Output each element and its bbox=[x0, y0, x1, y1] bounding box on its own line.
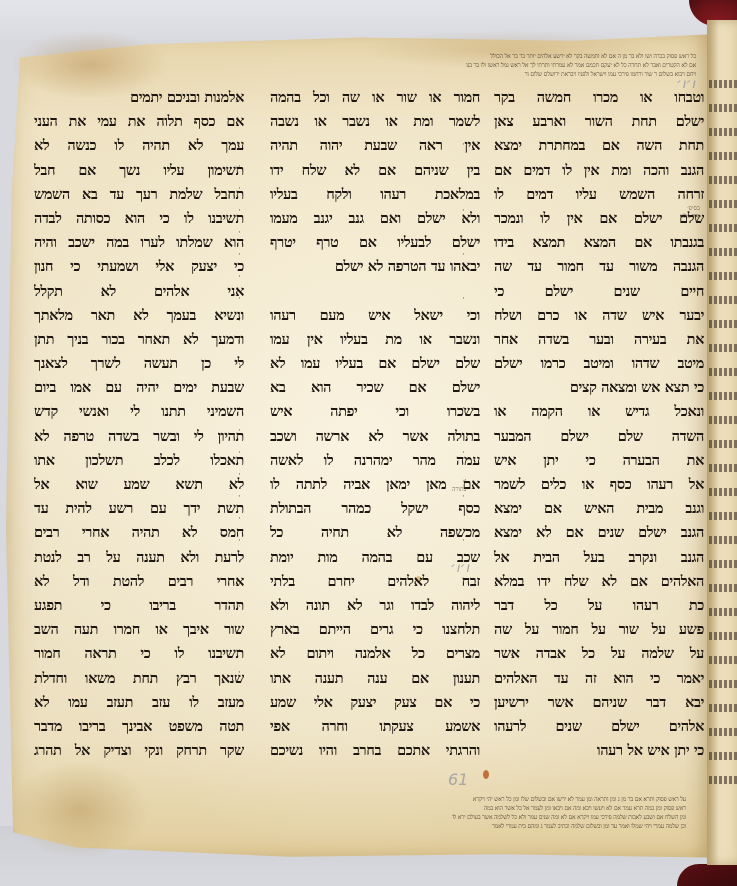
text-line: והרגתי אתכם בחרב והיו נשיכם bbox=[270, 739, 480, 763]
text-line: יבער איש שדה או כרם ושלח bbox=[494, 304, 704, 328]
text-line: הגנב ישלם שנים אם לא ימצא bbox=[494, 521, 704, 545]
text-line: ודמעך לא תאחר בכור בניך תתן bbox=[34, 328, 244, 352]
text-line: תטה משפט אבינך בריבו מדבר bbox=[34, 715, 244, 739]
text-line: תחת השה אם במחתרת ימצא bbox=[494, 134, 704, 158]
text-line: שלם ישלם אם אין לו ונמכר bbox=[494, 207, 704, 231]
background-top bbox=[0, 0, 737, 40]
text-line: תהיון לי ובשר בשדה טרפה לא bbox=[34, 425, 244, 449]
text-line: וטבחו או מכרו חמשה בקר bbox=[494, 86, 704, 110]
text-line: ולא ישלם ואם גנב יגנב מעמו bbox=[270, 207, 480, 231]
text-line: ישלם לבעליו אם טרף יטרף bbox=[270, 231, 480, 255]
masorah-parva-note: בסיפ׳ וחד מלא bbox=[680, 205, 700, 221]
text-line: פשע על שור על חמור על שה bbox=[494, 618, 704, 642]
text-line: כי אם צעק יצעק אלי שמע bbox=[270, 691, 480, 715]
text-line: הגנבה משור עד חמור עד שה bbox=[494, 255, 704, 279]
section-break bbox=[270, 280, 480, 304]
text-line: אחרי רבים להטת ודל לא bbox=[34, 570, 244, 594]
text-line: השדה שלם ישלם המבער bbox=[494, 425, 704, 449]
text-line: וכי ישאל איש מעם רעהו bbox=[270, 304, 480, 328]
text-line: כי יתן איש אל רעהו bbox=[494, 739, 704, 763]
text-line: תענון אם ענה תענה אתו bbox=[270, 667, 480, 691]
text-line: תשיבנו לו כי תראה חמור bbox=[34, 642, 244, 666]
masorah-top: כל ראש פסוק בכרה ושו ולא בר מן ה אם לא ו… bbox=[46, 52, 696, 82]
text-line: האלהים אם לא שלח ידו במלא bbox=[494, 570, 704, 594]
text-line: בגנבתו אם המצא תמצא בידו bbox=[494, 231, 704, 255]
masorah-line: על ראש פסוק ותרא אם בר מן ג ומן ותראה ומ… bbox=[46, 795, 686, 804]
text-line: לי כן תעשה לשרך לצאנך bbox=[34, 352, 244, 376]
text-line: ישלם תחת השור וארבע צאן bbox=[494, 110, 704, 134]
text-line: כת רעהו על כל דבר bbox=[494, 594, 704, 618]
text-line: מכשפה לא תחיה כל bbox=[270, 521, 480, 545]
text-line: אני אלהים לא תקלל bbox=[34, 280, 244, 304]
text-line: יבא דבר שניהם אשר ירשיען bbox=[494, 691, 704, 715]
text-line: אם כסף תלוה את עמי את העני bbox=[34, 110, 244, 134]
text-line: תשיבנו לו כי הוא כסותה לבדה bbox=[34, 207, 244, 231]
masorah-line: ויחם ויבוא בשלום ר שור ורחמו פירכי עמו ו… bbox=[46, 70, 696, 79]
text-line: את בעירה ובער בשדה אחר bbox=[494, 328, 704, 352]
text-line: עמך לא תהיה לו כנשה לא bbox=[34, 134, 244, 158]
text-line: לרעת ולא תענה על רב לנטת bbox=[34, 546, 244, 570]
text-line: שבעת ימים יהיה עם אמו ביום bbox=[34, 376, 244, 400]
column-right: וטבחו או מכרו חמשה בקר ישלם תחת השור ואר… bbox=[494, 86, 704, 763]
text-line: חמור או שור או שה וכל בהמה bbox=[270, 86, 480, 110]
text-line: הגנב והכה ומת אין לו דמים אם bbox=[494, 159, 704, 183]
text-line: ונאכל גדיש או הקמה או bbox=[494, 400, 704, 424]
text-line: שקר תרחק ונקי וצדיק אל תהרג bbox=[34, 739, 244, 763]
text-line: זרחה השמש עליו דמים לו bbox=[494, 183, 704, 207]
text-line: כי תצא אש ומצאה קצים bbox=[494, 376, 704, 400]
text-line: אם מאן ימאן אביה לתתה לו bbox=[270, 473, 480, 497]
text-line: במלאכת רעהו ולקח בעליו bbox=[270, 183, 480, 207]
text-line: ונשבר או מת בעליו אין עמו bbox=[270, 328, 480, 352]
text-line: אלמנות ובניכם יתמים bbox=[34, 86, 244, 110]
text-line: שור איבך או חמרו תעה השב bbox=[34, 618, 244, 642]
masorah-dots: ··························· bbox=[238, 90, 241, 684]
text-line: לא תשא שמע שוא אל bbox=[34, 473, 244, 497]
text-line: מעזב לו עזב תעזב עמו לא bbox=[34, 691, 244, 715]
text-line: לשמר ומת או נשבר או נשבה bbox=[270, 110, 480, 134]
text-line: וגנב מבית האיש אם ימצא bbox=[494, 497, 704, 521]
masorah-line: ראש פסוק ומן כמה תרא עמר אם לא ויעשו ויב… bbox=[46, 804, 686, 813]
adjacent-page bbox=[707, 20, 737, 865]
text-line: בתולה אשר לא ארשה ושכב bbox=[270, 425, 480, 449]
column-left: אלמנות ובניכם יתמים אם כסף תלוה את עמי א… bbox=[34, 86, 244, 763]
text-line: ליהוה לבדו וגר לא תונה ולא bbox=[270, 594, 480, 618]
text-line: שלם ישלם אם בעליו עמו לא bbox=[270, 352, 480, 376]
text-line: שכב עם בהמה מות יומת bbox=[270, 546, 480, 570]
masorah-line: כל ראש פסוק בכרה ושו ולא בר מן ה אם לא ו… bbox=[46, 52, 696, 61]
red-binding-bottom bbox=[677, 864, 737, 886]
text-line: זבח לאלהים יחרם בלתי bbox=[270, 570, 480, 594]
text-line: מצרים כל אלמנה ויתום לא bbox=[270, 642, 480, 666]
text-line: חמס לא תהיה אחרי רבים bbox=[34, 521, 244, 545]
text-line: ונשיא בעמך לא תאר מלאתך bbox=[34, 304, 244, 328]
text-line: תחבל שלמת רעך עד בא השמש bbox=[34, 183, 244, 207]
text-line: אין ראה שבעת יהוה תהיה bbox=[270, 134, 480, 158]
note-line: וחד מלא bbox=[680, 213, 700, 221]
masorah-bottom: על ראש פסוק ותרא אם בר מן ג ומן ותראה ומ… bbox=[46, 795, 686, 835]
text-line: יבאהו עד הטרפה לא ישלם bbox=[270, 255, 480, 279]
text-line: כסף ישקל כמהר הבתולת bbox=[270, 497, 480, 521]
masorah-dots: ············ bbox=[462, 90, 465, 552]
text-line: בשכרו וכי יפתה איש bbox=[270, 400, 480, 424]
text-line: אל רעהו כסף או כלים לשמר bbox=[494, 473, 704, 497]
text-line: תשת ידך עם רשע להית עד bbox=[34, 497, 244, 521]
text-line: ישלם אם שכיר הוא בא bbox=[270, 376, 480, 400]
text-line: על שלמה על כל אבדה אשר bbox=[494, 642, 704, 666]
text-line: הוא שמלתו לערו במה ישכב והיה bbox=[34, 231, 244, 255]
text-line: תשימון עליו נשך אם חבל bbox=[34, 159, 244, 183]
masorah-line: וכן שלמה עמרי ויהי שמלו ואמר עד ומן ובשל… bbox=[46, 822, 686, 831]
text-line: תלחצנו כי גרים הייתם בארץ bbox=[270, 618, 480, 642]
text-line: הגנב ונקרב בעל הבית אל bbox=[494, 546, 704, 570]
text-line: אשמע צעקתו וחרה אפי bbox=[270, 715, 480, 739]
text-line: מיטב שדהו ומיטב כרמו ישלם bbox=[494, 352, 704, 376]
text-line: בין שניהם אם לא שלח ידו bbox=[270, 159, 480, 183]
pencil-mark: ו׳ו׳ bbox=[450, 560, 469, 576]
text-line: חיים שנים ישלם כי bbox=[494, 280, 704, 304]
text-line: עמה מהר ימהרנה לו לאשה bbox=[270, 449, 480, 473]
text-line: יאמר כי הוא זה עד האלהים bbox=[494, 667, 704, 691]
pencil-mark: ו׳ו׳ bbox=[676, 76, 695, 92]
note-line: בסיפ׳ bbox=[680, 205, 700, 213]
folio-number: 61 bbox=[448, 770, 468, 789]
text-line: תאכלו לכלב תשלכון אתו bbox=[34, 449, 244, 473]
text-line: אלהים ישלם שנים לרעהו bbox=[494, 715, 704, 739]
text-line: כי יצעק אלי ושמעתי כי חנון bbox=[34, 255, 244, 279]
masorah-line: ומן השלח אם ושבע לאבות שלמה פירכי עמו וי… bbox=[46, 813, 686, 822]
text-line: את הבערה כי יתן איש bbox=[494, 449, 704, 473]
masorah-line: אם לא הקטרים ואבר לא תחרה כל לא יעקם חכמ… bbox=[46, 61, 696, 70]
text-line: תהדר בריבו כי תפגע bbox=[34, 594, 244, 618]
column-middle: חמור או שור או שה וכל בהמה לשמר ומת או נ… bbox=[270, 86, 480, 763]
text-line: השמיני תתנו לי ואנשי קדש bbox=[34, 400, 244, 424]
text-line: שנאך רבץ תחת משאו וחדלת bbox=[34, 667, 244, 691]
